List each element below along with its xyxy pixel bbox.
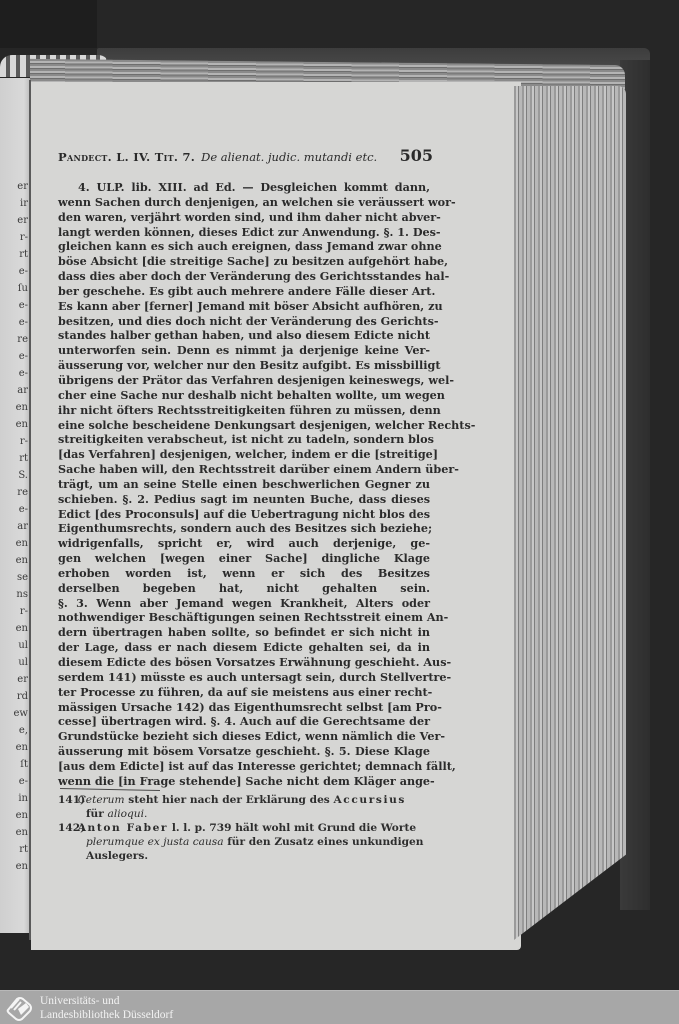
footnote-number: 142): [58, 821, 74, 835]
margin-fragment: er: [0, 212, 28, 229]
text-line: Es kann aber [ferner] Jemand mit böser A…: [58, 299, 430, 314]
footnote-name: Accursius: [333, 794, 405, 806]
margin-fragment: ſt: [0, 756, 28, 773]
margin-fragment: ar: [0, 518, 28, 535]
margin-fragment: S.: [0, 467, 28, 484]
margin-fragment: ns: [0, 586, 28, 603]
footnote-text: steht hier nach der Erklärung des: [128, 794, 330, 806]
text-line: [aus dem Edicte] ist auf das Interesse g…: [58, 759, 430, 774]
right-page-edges: [514, 86, 626, 940]
text-line: Sache haben will, den Rechtsstreit darüb…: [58, 462, 430, 477]
text-line: 4. ULP. lib. XIII. ad Ed. — Desgleichen …: [58, 180, 430, 195]
text-line: Grundstücke bezieht sich dieses Edict, w…: [58, 729, 430, 744]
background-shadow: [0, 0, 97, 48]
text-line: Eigenthumsrechts, sondern auch des Besit…: [58, 521, 430, 536]
margin-fragment: r-: [0, 229, 28, 246]
margin-fragment: en: [0, 399, 28, 416]
margin-fragment: en: [0, 824, 28, 841]
margin-fragment: e-: [0, 297, 28, 314]
text-line: ihr nicht öfters Rechtsstreitigkeiten fü…: [58, 403, 430, 418]
text-line: nothwendiger Beschäftigungen seinen Rech…: [58, 610, 430, 625]
text-line: erhoben worden ist, wenn er sich des Bes…: [58, 566, 430, 581]
margin-fragment: en: [0, 552, 28, 569]
footnote-number: 141): [58, 793, 74, 807]
margin-fragment: er: [0, 178, 28, 195]
text-line: böse Absicht [die streitige Sache] zu be…: [58, 254, 430, 269]
margin-fragment: en: [0, 620, 28, 637]
text-line: eine solche bescheidene Denkungsart desj…: [58, 418, 430, 433]
page-number: 505: [400, 146, 433, 165]
footnote-italic: alioqui.: [108, 808, 148, 820]
margin-fragment: rt: [0, 246, 28, 263]
margin-fragment: rt: [0, 841, 28, 858]
library-book-logo-icon[interactable]: [2, 991, 36, 1024]
running-head-title: De alienat. judic. mutandi etc.: [201, 150, 377, 164]
footnote-italic: Ceterum: [78, 794, 125, 806]
text-line: den waren, verjährt worden sind, und ihm…: [58, 210, 430, 225]
margin-fragment: er: [0, 671, 28, 688]
margin-fragment: r-: [0, 603, 28, 620]
text-line: [das Verfahren] desjenigen, welcher, ind…: [58, 447, 430, 462]
margin-fragment: re: [0, 331, 28, 348]
margin-fragment: rd: [0, 688, 28, 705]
text-line: der Lage, dass er nach diesem Edicte geh…: [58, 640, 430, 655]
text-line: cher eine Sache nur deshalb nicht behalt…: [58, 388, 430, 403]
margin-fragment: rt: [0, 450, 28, 467]
margin-fragment: in: [0, 790, 28, 807]
text-line: trägt, um an seine Stelle einen beschwer…: [58, 477, 430, 492]
footer-bar: Universitäts- und Landesbibliothek Düsse…: [0, 990, 679, 1024]
footnotes: 141) Ceterum steht hier nach der Erkläru…: [58, 793, 444, 863]
footnote-continuation: plerumque ex justa causa für den Zusatz …: [58, 835, 444, 849]
text-line: streitigkeiten verabscheut, ist nicht zu…: [58, 432, 430, 447]
text-line: unterworfen sein. Denn es nimmt ja derje…: [58, 343, 430, 358]
footnote-141: 141) Ceterum steht hier nach der Erkläru…: [58, 793, 444, 821]
margin-fragment: ew: [0, 705, 28, 722]
footnote-continuation: für alioqui.: [58, 807, 444, 821]
book-scan: erirerr-rte-ſue-e-ree-e-arenenr-rtS.ree-…: [0, 0, 679, 990]
margin-fragment: e-: [0, 773, 28, 790]
margin-fragment: e-: [0, 501, 28, 518]
text-line: derselben begeben hat, nicht gehalten se…: [58, 581, 430, 596]
text-line: gleichen kann es sich auch ereignen, das…: [58, 239, 430, 254]
footnote-text: für: [86, 808, 104, 820]
margin-fragment: ar: [0, 382, 28, 399]
text-line: schieben. §. 2. Pedius sagt im neunten B…: [58, 492, 430, 507]
footnote-text: l. l. p. 739 hält wohl mit Grund die Wor…: [172, 822, 416, 834]
margin-fragment: e-: [0, 314, 28, 331]
margin-fragment: en: [0, 858, 28, 875]
text-line: serdem 141) müsste es auch untersagt sei…: [58, 670, 430, 685]
text-line: wenn Sachen durch denjenigen, an welchen…: [58, 195, 430, 210]
library-name[interactable]: Universitäts- und Landesbibliothek Düsse…: [40, 994, 173, 1022]
text-line: §. 3. Wenn aber Jemand wegen Krankheit, …: [58, 596, 430, 611]
margin-fragment: [0, 909, 28, 918]
margin-fragment: e-: [0, 263, 28, 280]
margin-fragment: ul: [0, 637, 28, 654]
margin-fragment: [0, 892, 28, 909]
running-head-prefix: Pandect. L. IV. Tit. 7.: [58, 150, 195, 164]
body-text: 4. ULP. lib. XIII. ad Ed. — Desgleichen …: [58, 180, 430, 789]
margin-fragment: ſu: [0, 280, 28, 297]
text-line: standes halber gethan haben, und also di…: [58, 328, 430, 343]
text-line: äusserung vor, welcher nur den Besitz au…: [58, 358, 430, 373]
footnote-italic: plerumque ex justa causa: [86, 836, 224, 848]
margin-fragment: en: [0, 416, 28, 433]
margin-fragment: r-: [0, 433, 28, 450]
left-page-margin-text: erirerr-rte-ſue-e-ree-e-arenenr-rtS.ree-…: [0, 178, 28, 918]
margin-fragment: ir: [0, 195, 28, 212]
footnote-name: Anton Faber: [78, 822, 168, 834]
footnote-text: Auslegers.: [58, 849, 444, 863]
margin-fragment: [0, 875, 28, 892]
text-line: Edict [des Proconsuls] auf die Uebertrag…: [58, 507, 430, 522]
text-line: diesem Edicte des bösen Vorsatzes Erwähn…: [58, 655, 430, 670]
text-line: gen welchen [wegen einer Sache] dinglich…: [58, 551, 430, 566]
text-line: besitzen, und dies doch nicht der Veränd…: [58, 314, 430, 329]
margin-fragment: e,: [0, 722, 28, 739]
running-head: Pandect. L. IV. Tit. 7. De alienat. judi…: [58, 146, 433, 165]
text-line: widrigenfalls, spricht er, wird auch der…: [58, 536, 430, 551]
library-name-line1: Universitäts- und: [40, 994, 173, 1008]
footnote-142: 142) Anton Faber l. l. p. 739 hält wohl …: [58, 821, 444, 863]
left-page: erirerr-rte-ſue-e-ree-e-arenenr-rtS.ree-…: [0, 78, 30, 933]
text-line: ber geschehe. Es gibt auch mehrere ander…: [58, 284, 430, 299]
text-line: äusserung mit bösem Vorsatze geschieht. …: [58, 744, 430, 759]
margin-fragment: se: [0, 569, 28, 586]
margin-fragment: e-: [0, 348, 28, 365]
text-line: cesse] übertragen wird. §. 4. Auch auf d…: [58, 714, 430, 729]
text-line: ter Processe zu führen, da auf sie meist…: [58, 685, 430, 700]
text-line: dern übertragen haben sollte, so befinde…: [58, 625, 430, 640]
margin-fragment: ul: [0, 654, 28, 671]
text-line: langt werden können, dieses Edict zur An…: [58, 225, 430, 240]
text-line: wenn die [in Frage stehende] Sache nicht…: [58, 774, 430, 789]
library-name-line2: Landesbibliothek Düsseldorf: [40, 1008, 173, 1022]
text-line: mässigen Ursache 142) das Eigenthumsrech…: [58, 700, 430, 715]
text-line: dass dies aber doch der Veränderung des …: [58, 269, 430, 284]
margin-fragment: en: [0, 807, 28, 824]
footnote-text: für den Zusatz eines unkundigen: [227, 836, 423, 848]
margin-fragment: en: [0, 535, 28, 552]
margin-fragment: re: [0, 484, 28, 501]
margin-fragment: en: [0, 739, 28, 756]
margin-fragment: e-: [0, 365, 28, 382]
text-line: übrigens der Prätor das Verfahren desjen…: [58, 373, 430, 388]
